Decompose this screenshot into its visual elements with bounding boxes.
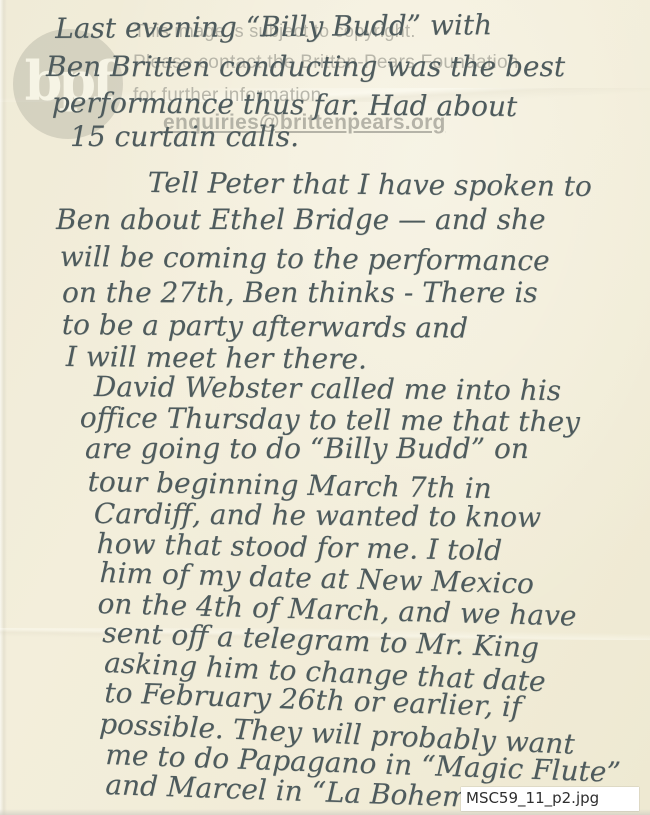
handwritten-line: to be a party afterwards and [62, 308, 468, 345]
handwritten-line: performance thus far. Had about [52, 86, 518, 123]
handwritten-line: Last evening “Billy Budd” with [55, 8, 492, 45]
handwritten-line: Tell Peter that I have spoken to [148, 166, 592, 203]
handwritten-line: 15 curtain calls. [70, 120, 299, 153]
handwritten-line: on the 27th, Ben thinks - There is [62, 276, 538, 309]
handwritten-line: Ben about Ethel Bridge — and she [56, 203, 546, 236]
handwritten-line: Ben Britten conducting was the best [46, 50, 565, 83]
filename-label: MSC59_11_p2.jpg [461, 787, 639, 811]
handwritten-letter-body: Last evening “Billy Budd” with Ben Britt… [0, 0, 650, 815]
letter-scan-page: bpf This image is subject to copyright. … [0, 0, 650, 815]
handwritten-line: are going to do “Billy Budd” on [85, 432, 529, 465]
handwritten-line: will be coming to the performance [60, 240, 550, 277]
